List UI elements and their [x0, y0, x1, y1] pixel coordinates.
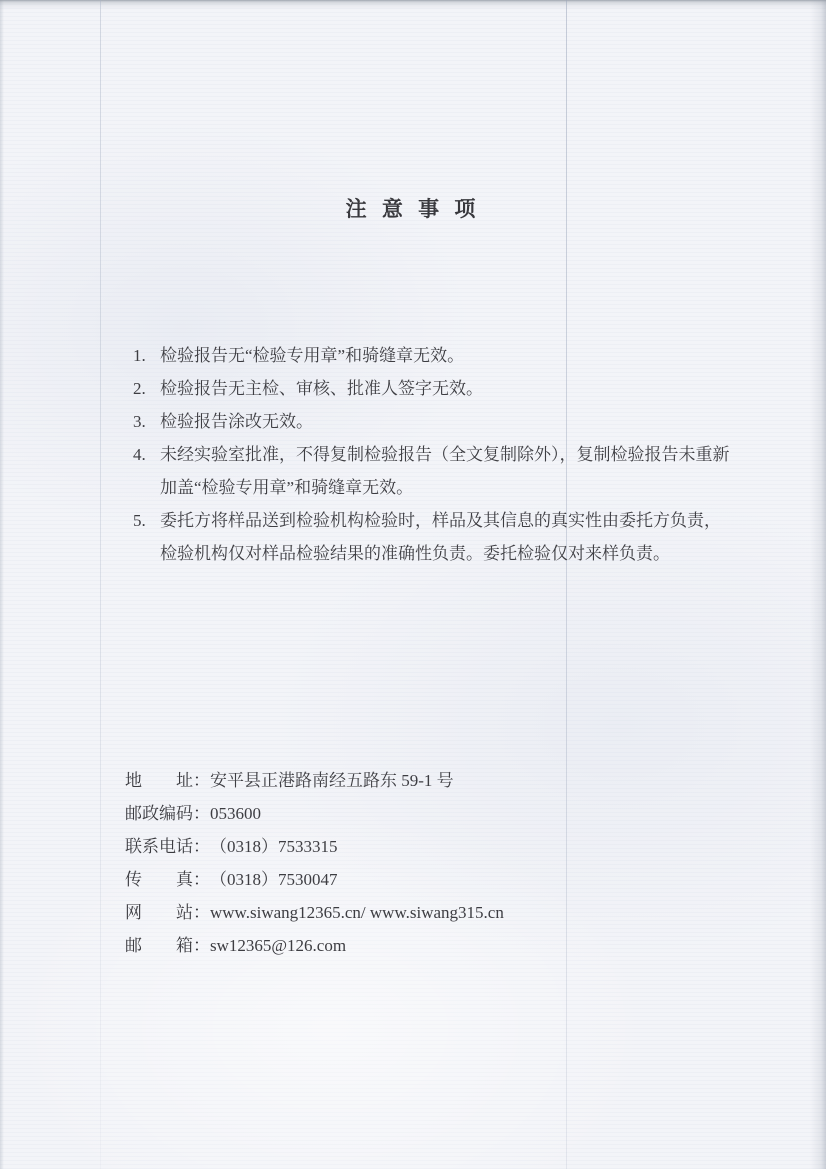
note-number: 3.	[133, 405, 160, 438]
note-text: 加盖“检验专用章”和骑缝章无效。	[160, 471, 413, 504]
note-line: 5. 委托方将样品送到检验机构检验时，样品及其信息的真实性由委托方负责，	[133, 504, 733, 537]
contact-value: （0318）7530047	[210, 863, 338, 896]
contact-line-postcode: 邮政编码：053600	[125, 797, 504, 830]
note-line: 3. 检验报告涂改无效。	[133, 405, 733, 438]
note-number: 5.	[133, 504, 160, 537]
contact-label: 邮 箱：	[125, 929, 210, 962]
contact-value: www.siwang12365.cn/ www.siwang315.cn	[210, 896, 504, 929]
note-line: 4. 未经实验室批准，不得复制检验报告（全文复制除外），复制检验报告未重新	[133, 438, 733, 471]
contact-label: 联系电话：	[125, 830, 210, 863]
contact-label: 传 真：	[125, 863, 210, 896]
contact-label: 网 站：	[125, 896, 210, 929]
contact-value: 053600	[210, 797, 261, 830]
contact-line-email: 邮 箱：sw12365@126.com	[125, 929, 504, 962]
contact-label: 邮政编码：	[125, 797, 210, 830]
fold-line-left	[100, 0, 101, 1169]
note-text: 检验机构仅对样品检验结果的准确性负责。委托检验仅对来样负责。	[160, 537, 670, 570]
contact-value: sw12365@126.com	[210, 929, 346, 962]
note-number	[133, 537, 160, 570]
contact-value: 安平县正港路南经五路东 59-1 号	[210, 764, 454, 797]
note-text: 检验报告无主检、审核、批准人签字无效。	[160, 372, 483, 405]
note-text: 检验报告涂改无效。	[160, 405, 313, 438]
fold-line-right	[566, 0, 567, 1169]
note-line: 2. 检验报告无主检、审核、批准人签字无效。	[133, 372, 733, 405]
notes-list: 1. 检验报告无“检验专用章”和骑缝章无效。 2. 检验报告无主检、审核、批准人…	[133, 339, 733, 570]
contact-value: （0318）7533315	[210, 830, 338, 863]
note-text: 未经实验室批准，不得复制检验报告（全文复制除外），复制检验报告未重新	[160, 438, 730, 471]
contact-label: 地 址：	[125, 764, 210, 797]
contact-line-phone: 联系电话：（0318）7533315	[125, 830, 504, 863]
note-line: 1. 检验报告无“检验专用章”和骑缝章无效。	[133, 339, 733, 372]
page-title: 注 意 事 项	[0, 193, 826, 223]
contact-info: 地 址：安平县正港路南经五路东 59-1 号 邮政编码：053600 联系电话：…	[125, 764, 504, 962]
note-number: 2.	[133, 372, 160, 405]
note-text: 委托方将样品送到检验机构检验时，样品及其信息的真实性由委托方负责，	[160, 504, 721, 537]
contact-line-fax: 传 真：（0318）7530047	[125, 863, 504, 896]
note-line-continuation: 加盖“检验专用章”和骑缝章无效。	[133, 471, 733, 504]
note-number: 4.	[133, 438, 160, 471]
note-text: 检验报告无“检验专用章”和骑缝章无效。	[160, 339, 464, 372]
contact-line-address: 地 址：安平县正港路南经五路东 59-1 号	[125, 764, 504, 797]
contact-line-website: 网 站：www.siwang12365.cn/ www.siwang315.cn	[125, 896, 504, 929]
scanned-page: 注 意 事 项 1. 检验报告无“检验专用章”和骑缝章无效。 2. 检验报告无主…	[0, 0, 826, 1169]
note-number	[133, 471, 160, 504]
note-number: 1.	[133, 339, 160, 372]
note-line-continuation: 检验机构仅对样品检验结果的准确性负责。委托检验仅对来样负责。	[133, 537, 733, 570]
